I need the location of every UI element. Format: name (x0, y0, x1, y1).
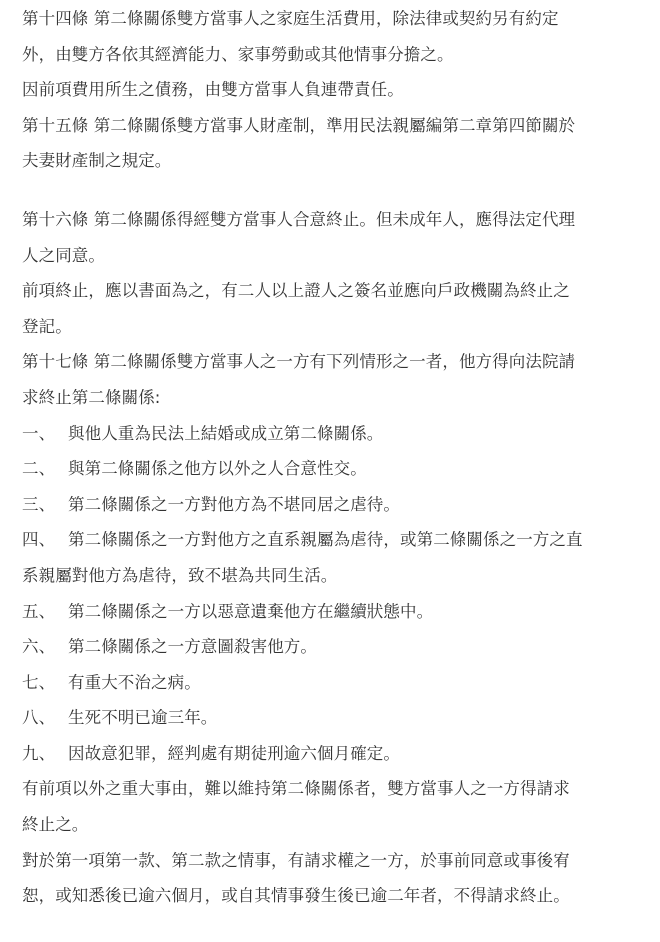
item-number: 九、 (22, 736, 68, 772)
article-16-paragraph-2-line-1: 前項終止，應以書面為之，有二人以上證人之簽名並應向戶政機關為終止之 (22, 273, 660, 309)
item-text: 因故意犯罪，經判處有期徒刑逾六個月確定。 (68, 744, 400, 763)
item-text: 第二條關係之一方對他方之直系親屬為虐待，或第二條關係之一方之直 (68, 530, 583, 549)
document-body: 第十四條 第二條關係雙方當事人之家庭生活費用，除法律或契約另有約定 外，由雙方各… (0, 0, 660, 914)
article-14-line-1: 第十四條 第二條關係雙方當事人之家庭生活費用，除法律或契約另有約定 (22, 1, 660, 37)
item-number: 七、 (22, 665, 68, 701)
article-15-line-1: 第十五條 第二條關係雙方當事人財產制，準用民法親屬編第二章第四節關於 (22, 108, 660, 144)
item-number: 二、 (22, 451, 68, 487)
article-17-paragraph-2-line-1: 有前項以外之重大事由，難以維持第二條關係者，雙方當事人之一方得請求 (22, 771, 660, 807)
paragraph-gap (22, 179, 660, 202)
list-item: 二、與第二條關係之他方以外之人合意性交。 (22, 451, 660, 487)
list-item: 一、與他人重為民法上結婚或成立第二條關係。 (22, 416, 660, 452)
list-item: 八、生死不明已逾三年。 (22, 700, 660, 736)
list-item: 五、第二條關係之一方以惡意遺棄他方在繼續狀態中。 (22, 594, 660, 630)
item-text: 生死不明已逾三年。 (68, 708, 217, 727)
article-16-paragraph-2-line-2: 登記。 (22, 309, 660, 345)
item-number: 四、 (22, 522, 68, 558)
item-text: 與他人重為民法上結婚或成立第二條關係。 (68, 424, 383, 443)
item-text: 第二條關係之一方以惡意遺棄他方在繼續狀態中。 (68, 602, 433, 621)
article-17-line-2: 求終止第二條關係: (22, 380, 660, 416)
item-number: 八、 (22, 700, 68, 736)
article-17-line-1: 第十七條 第二條關係雙方當事人之一方有下列情形之一者，他方得向法院請 (22, 344, 660, 380)
list-item: 七、有重大不治之病。 (22, 665, 660, 701)
list-item: 六、第二條關係之一方意圖殺害他方。 (22, 629, 660, 665)
article-17-paragraph-2-line-2: 終止之。 (22, 807, 660, 843)
item-number: 三、 (22, 487, 68, 523)
item-text: 系親屬對他方為虐待，致不堪為共同生活。 (22, 566, 337, 585)
list-item: 四、第二條關係之一方對他方之直系親屬為虐待，或第二條關係之一方之直 (22, 522, 660, 558)
list-item: 九、因故意犯罪，經判處有期徒刑逾六個月確定。 (22, 736, 660, 772)
article-17-paragraph-3-line-2: 恕，或知悉後已逾六個月，或自其情事發生後已逾二年者，不得請求終止。 (22, 878, 660, 914)
list-item-continuation: 系親屬對他方為虐待，致不堪為共同生活。 (22, 558, 660, 594)
item-text: 第二條關係之一方對他方為不堪同居之虐待。 (68, 495, 400, 514)
article-16-line-1: 第十六條 第二條關係得經雙方當事人合意終止。但未成年人，應得法定代理 (22, 202, 660, 238)
item-number: 一、 (22, 416, 68, 452)
article-15-line-2: 夫妻財產制之規定。 (22, 143, 660, 179)
article-17-paragraph-3-line-1: 對於第一項第一款、第二款之情事，有請求權之一方，於事前同意或事後宥 (22, 843, 660, 879)
item-text: 有重大不治之病。 (68, 673, 201, 692)
list-item: 三、第二條關係之一方對他方為不堪同居之虐待。 (22, 487, 660, 523)
item-text: 第二條關係之一方意圖殺害他方。 (68, 637, 317, 656)
article-14-line-2: 外，由雙方各依其經濟能力、家事勞動或其他情事分擔之。 (22, 37, 660, 73)
article-16-line-2: 人之同意。 (22, 238, 660, 274)
item-number: 六、 (22, 629, 68, 665)
article-14-paragraph-2: 因前項費用所生之債務，由雙方當事人負連帶責任。 (22, 72, 660, 108)
item-text: 與第二條關係之他方以外之人合意性交。 (68, 459, 367, 478)
item-number: 五、 (22, 594, 68, 630)
